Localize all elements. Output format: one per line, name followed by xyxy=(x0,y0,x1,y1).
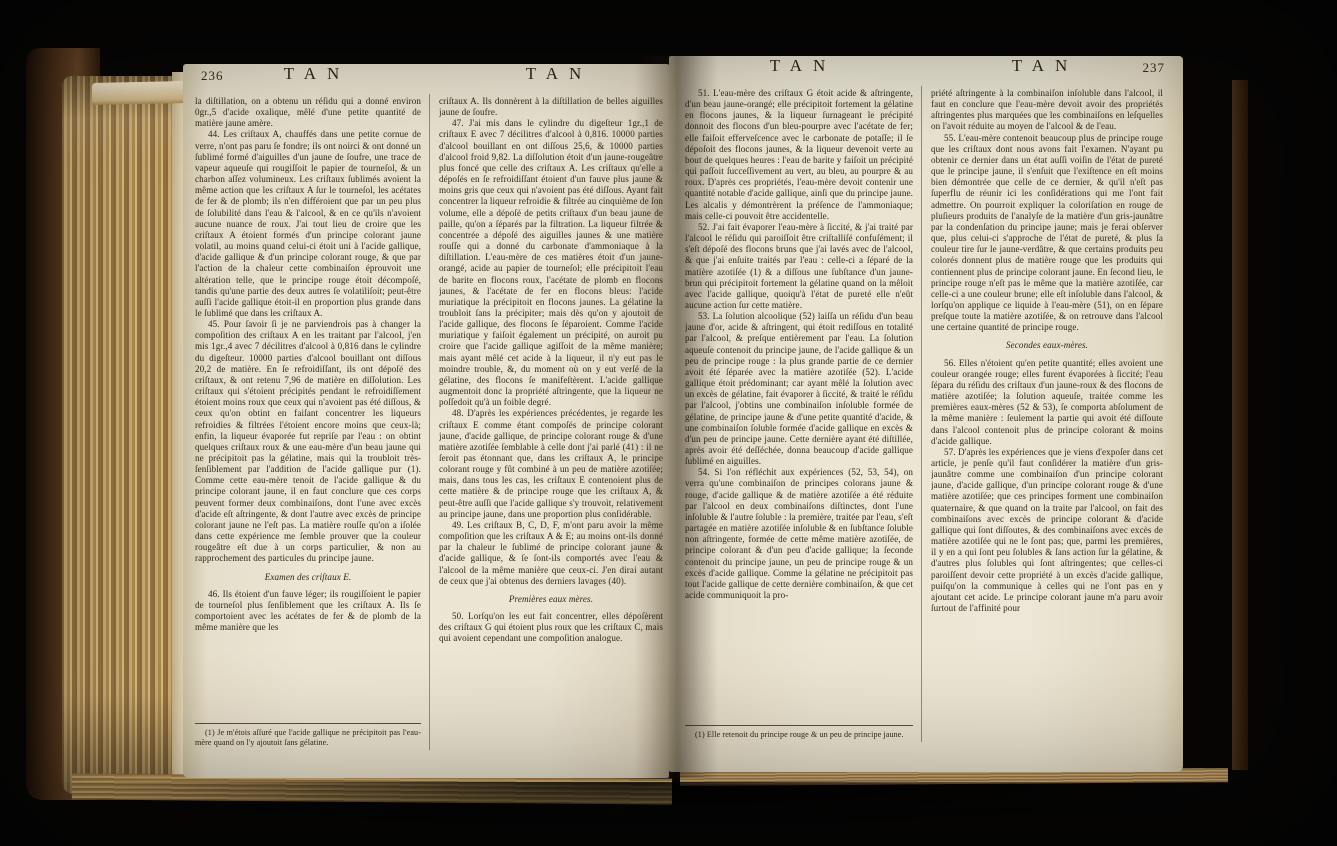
paragraph: 49. Les criſtaux B, C, D, F, m'ont paru … xyxy=(439,520,663,587)
column-rule xyxy=(921,86,922,742)
section-heading: Secondes eaux-mères. xyxy=(931,340,1163,351)
paragraph: 55. L'eau-mère contenoit beaucoup plus d… xyxy=(931,133,1163,334)
paragraph: criſtaux A. Ils donnèrent à la diſtillat… xyxy=(439,96,663,118)
paragraph: 48. D'après les expériences précédentes,… xyxy=(439,408,663,520)
paragraph: priété aſtringente à la combinaiſon inſo… xyxy=(931,88,1163,133)
book-shadow xyxy=(30,782,1250,832)
paragraph: 47. J'ai mis dans le cylindre du digeſte… xyxy=(439,118,663,408)
page-number: 237 xyxy=(1143,60,1166,76)
paragraph: 53. La ſolution alcoolique (52) laiſſa u… xyxy=(685,311,913,467)
section-heading: Premières eaux mères. xyxy=(439,594,663,605)
text-column: priété aſtringente à la combinaiſon inſo… xyxy=(931,88,1163,740)
book-photograph: 236 TAN TAN la diſtillation, on a obtenu… xyxy=(0,0,1337,846)
page-right: TAN TAN 237 51. L'eau-mère des criſtaux … xyxy=(669,56,1183,772)
paragraph: 52. J'ai fait évaporer l'eau-mère à ſicc… xyxy=(685,222,913,311)
column-rule xyxy=(429,94,430,750)
footnote: (1) Je m'étois aſſuré que l'acide galliq… xyxy=(195,723,421,748)
paragraph: 51. L'eau-mère des criſtaux G étoit acid… xyxy=(685,88,913,222)
running-title: TAN xyxy=(193,64,430,84)
page-stack-fore-edge-left xyxy=(62,76,186,794)
paragraph: 54. Si l'on réfléchit aux expériences (5… xyxy=(685,467,913,601)
paragraph: 50. Lorſqu'on les eut fait concentrer, e… xyxy=(439,611,663,644)
page-left: 236 TAN TAN la diſtillation, on a obtenu… xyxy=(183,64,669,778)
footnote: (1) Elle retenoit du principe rouge & un… xyxy=(685,725,913,740)
paragraph: 46. Ils étoient d'un fauve léger; ils ro… xyxy=(195,589,421,634)
running-title: TAN xyxy=(435,64,672,84)
paragraph: 44. Les criſtaux A, chauffés dans une pe… xyxy=(195,129,421,319)
paragraph: 45. Pour ſavoir ſi je ne parviendrois pa… xyxy=(195,319,421,564)
running-title: TAN xyxy=(679,56,916,76)
text-column: la diſtillation, on a obtenu un réſidu q… xyxy=(195,96,421,748)
page-stack-top-edge xyxy=(92,81,188,105)
paragraph: 57. D'après les expériences que je viens… xyxy=(931,447,1163,614)
paragraph: 56. Elles n'étoient qu'en petite quantit… xyxy=(931,358,1163,447)
section-heading: Examen des criſtaux E. xyxy=(195,572,421,583)
paragraph: la diſtillation, on a obtenu un réſidu q… xyxy=(195,96,421,129)
page-stack-fore-edge-right xyxy=(1182,66,1234,772)
running-title: TAN xyxy=(921,56,1158,76)
text-column: criſtaux A. Ils donnèrent à la diſtillat… xyxy=(439,96,663,748)
text-column: 51. L'eau-mère des criſtaux G étoit acid… xyxy=(685,88,913,740)
leather-cover-right xyxy=(1232,80,1248,770)
